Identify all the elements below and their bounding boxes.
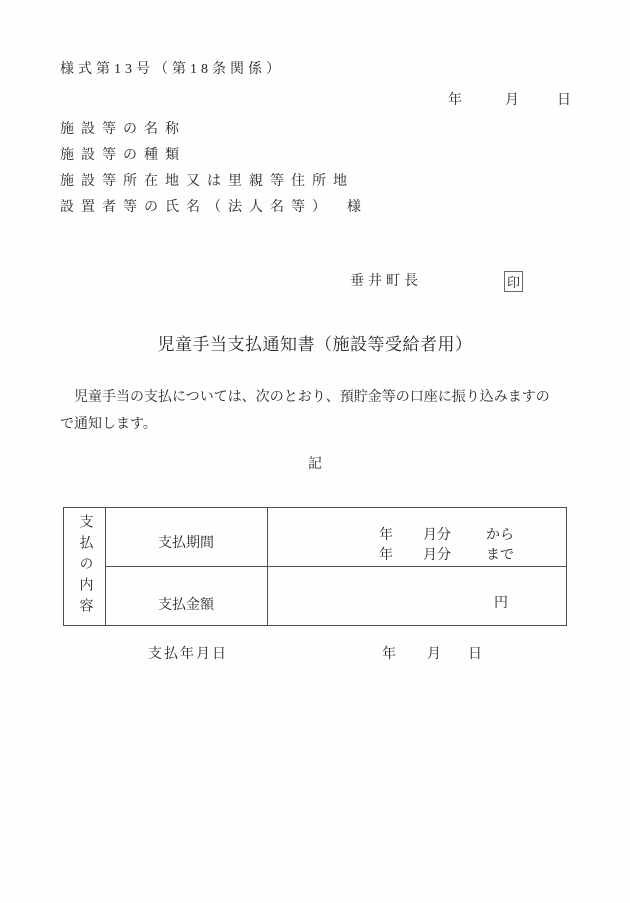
issue-date-day-label: 日 [557,93,571,109]
payment-date-label: 支払年月日 [148,647,228,663]
period-to-year-label: 年 [379,544,393,564]
field-founder-name: 設置者等の氏名（法人名等） 様 [60,200,368,216]
field-facility-address: 施設等所在地又は里親等住所地 [60,174,354,190]
seal-placeholder-box: 印 [504,271,523,292]
form-number: 様式第13号（第18条関係） [60,62,284,78]
payment-date-month-label: 月 [427,647,441,663]
period-from-month-label: 月分 [423,524,451,544]
record-marker: 記 [0,453,630,473]
field-facility-type: 施設等の種類 [60,148,186,164]
notice-body-text: 児童手当の支払については、次のとおり、預貯金等の口座に振り込みますので通知します… [60,384,556,438]
table-divider-horizontal [105,566,566,567]
payment-details-table: 支払の内容 支払期間 支払金額 年 月分 から 年 月分 まで 円 [63,507,567,626]
row-group-header-cell: 支払の内容 [64,508,105,625]
document-title: 児童手当支払通知書（施設等受給者用） [0,330,630,355]
issuer-name: 垂井町長 [350,274,422,290]
payment-period-label: 支払期間 [105,532,267,552]
issue-date-year-label: 年 [448,93,462,109]
period-from-suffix: から [486,524,514,544]
period-from-year-label: 年 [379,524,393,544]
payment-amount-label: 支払金額 [105,594,267,614]
amount-unit-label: 円 [494,592,508,612]
payment-date-day-label: 日 [468,647,482,663]
period-to-month-label: 月分 [423,544,451,564]
field-facility-name: 施設等の名称 [60,122,186,138]
payment-date-year-label: 年 [382,647,396,663]
row-group-header-text: 支払の内容 [75,514,95,619]
issue-date-month-label: 月 [505,93,519,109]
seal-mark: 印 [507,272,520,291]
period-to-suffix: まで [486,544,514,564]
document-page: 様式第13号（第18条関係） 年 月 日 施設等の名称 施設等の種類 施設等所在… [0,0,630,903]
